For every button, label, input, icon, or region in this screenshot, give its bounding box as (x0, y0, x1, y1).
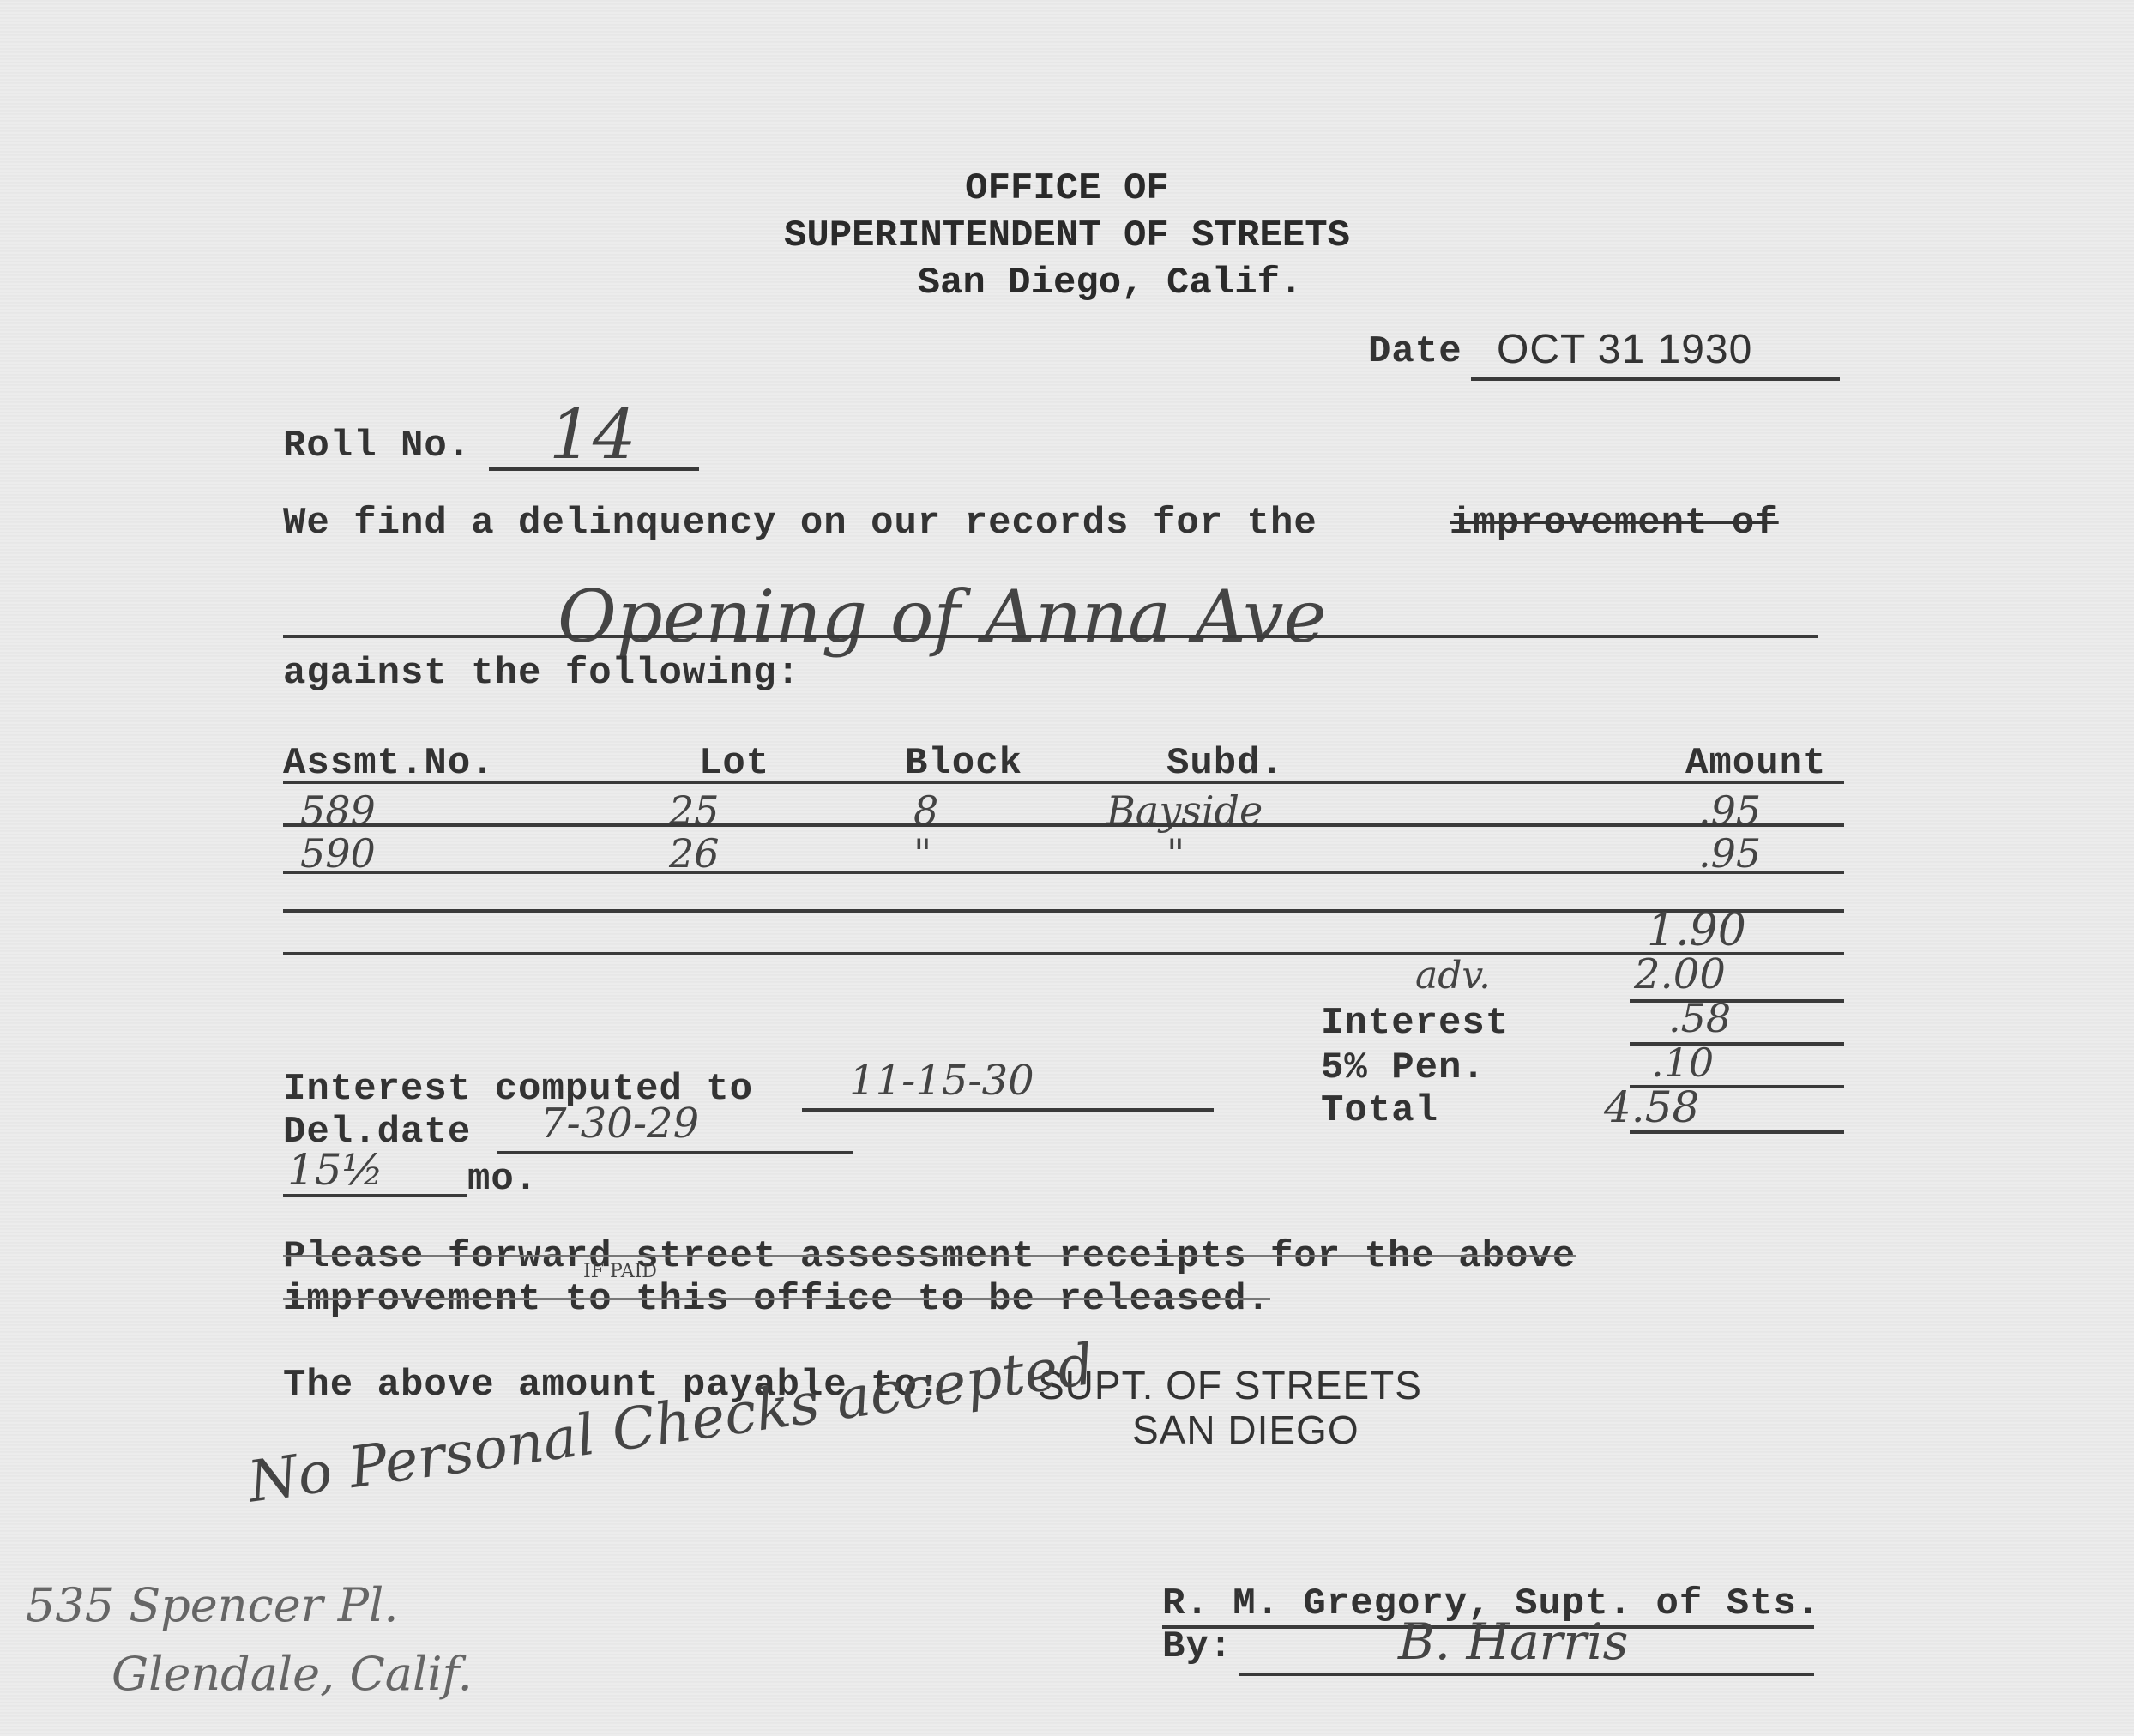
row-line (283, 952, 1844, 955)
col-subd: Subd. (1166, 742, 1284, 785)
summary-line (1630, 1130, 1844, 1134)
row-line (283, 871, 1844, 874)
col-assmt: Assmt.No. (283, 742, 495, 785)
months-line (283, 1194, 467, 1197)
roll-number: 14 (549, 395, 636, 474)
notice-line1: Please forward street assessment receipt… (283, 1235, 1576, 1278)
col-block: Block (905, 742, 1022, 785)
col-lot: Lot (699, 742, 769, 785)
row-line (283, 781, 1844, 784)
office-title: SUPERINTENDENT OF STREETS (0, 214, 2134, 257)
intro-text: We find a delinquency on our records for… (283, 502, 1317, 545)
by-label: By: (1162, 1625, 1233, 1668)
interest-value: .58 (1668, 995, 1731, 1041)
row2-block: " (913, 830, 931, 877)
months-value: 15½ (287, 1145, 383, 1195)
against-text: against the following: (283, 652, 800, 695)
del-date-value: 7-30-29 (540, 1100, 699, 1148)
intro-struck: improvement of (1450, 502, 1779, 545)
row2-lot: 26 (669, 830, 720, 877)
col-amount: Amount (1685, 742, 1826, 785)
row-line (283, 909, 1844, 913)
improvement-name: Opening of Anna Ave (558, 575, 1326, 659)
notice-insert: IF PAID (583, 1261, 657, 1282)
interest-to-line (802, 1108, 1214, 1112)
months-label: mo. (467, 1158, 538, 1201)
penalty-value: .10 (1651, 1040, 1714, 1086)
office-heading: OFFICE OF (0, 167, 2134, 210)
notice-line2: improvement to this office to be release… (283, 1278, 1270, 1321)
address-line1: 535 Spencer Pl. (26, 1578, 398, 1632)
row2-amount: .95 (1698, 830, 1761, 877)
address-line2: Glendale, Calif. (112, 1647, 473, 1701)
del-date-line (497, 1151, 853, 1154)
office-location: San Diego, Calif. (0, 262, 2134, 304)
penalty-label: 5% Pen. (1321, 1046, 1486, 1089)
date-line (1471, 377, 1840, 381)
by-signature: B. Harris (1398, 1612, 1628, 1671)
improvement-line (283, 635, 1818, 638)
date-stamp: OCT 31 1930 (1497, 326, 1752, 373)
interest-label: Interest (1321, 1002, 1509, 1045)
adv-value: 2.00 (1634, 950, 1726, 998)
total-label: Total (1321, 1089, 1438, 1132)
subtotal: 1.90 (1647, 905, 1746, 956)
summary-line (1630, 999, 1844, 1003)
row-line (283, 823, 1844, 827)
row2-subd: " (1166, 830, 1185, 877)
roll-line (489, 467, 699, 471)
roll-label: Roll No. (283, 425, 471, 467)
adv-label: adv. (1415, 954, 1491, 998)
interest-to-value: 11-15-30 (849, 1057, 1034, 1105)
payable-to-line2: SAN DIEGO (1132, 1407, 1359, 1453)
row2-assmt: 590 (300, 830, 376, 877)
date-label: Date (1368, 330, 1462, 373)
total-value: 4.58 (1604, 1082, 1699, 1132)
by-line (1239, 1673, 1814, 1676)
